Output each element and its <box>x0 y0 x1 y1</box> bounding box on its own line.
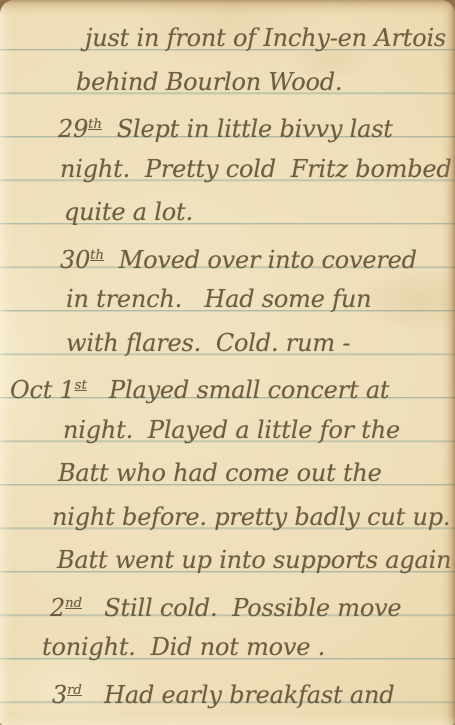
handwriting-text: Moved over into covered <box>104 246 417 274</box>
handwriting-text: just in front of Inchy-en Artois <box>85 24 446 52</box>
page-edge-top <box>0 0 455 16</box>
handwriting-text: night. Pretty cold Fritz bombed <box>60 155 452 183</box>
handwriting-line: tonight. Did not move . <box>42 630 325 664</box>
handwriting-text: Batt went up into supports again <box>57 546 451 574</box>
page-edge-bottom <box>0 715 455 725</box>
page-edge-right <box>441 0 455 725</box>
handwriting-text: 29 <box>58 115 88 143</box>
handwriting-line: 3rd Had early breakfast and <box>52 674 394 712</box>
handwriting-text: in trench. Had some fun <box>66 285 371 313</box>
ordinal-superscript: th <box>90 248 104 263</box>
diary-page: just in front of Inchy-en Artoisbehind B… <box>0 0 455 725</box>
handwriting-text: behind Bourlon Wood. <box>76 68 342 96</box>
handwriting-line: 30th Moved over into covered <box>60 239 417 277</box>
handwriting-text: Batt who had come out the <box>58 459 382 487</box>
handwriting-text: tonight. Did not move . <box>42 633 325 661</box>
handwriting-text: night before. pretty badly cut up. <box>52 503 450 531</box>
handwriting-line: Batt went up into supports again <box>57 543 451 577</box>
handwriting-text: Had early breakfast and <box>82 681 395 709</box>
handwriting-line: in trench. Had some fun <box>66 282 371 316</box>
handwriting-line: 2nd Still cold. Possible move <box>50 587 401 625</box>
handwriting-line: night. Pretty cold Fritz bombed <box>60 152 452 186</box>
handwriting-text: Played small concert at <box>87 376 390 404</box>
handwriting-text: Still cold. Possible move <box>82 594 401 622</box>
handwriting-text: 30 <box>60 246 90 274</box>
page-edge-left <box>0 0 12 725</box>
handwriting-text: quite a lot. <box>64 198 193 226</box>
ordinal-superscript: st <box>75 378 87 393</box>
handwriting-line: just in front of Inchy-en Artois <box>85 21 446 55</box>
handwriting-text: Oct 1 <box>10 376 75 404</box>
handwriting-line: behind Bourlon Wood. <box>76 65 342 99</box>
handwriting-line: with flares. Cold. rum - <box>66 326 350 360</box>
handwriting-text: night. Played a little for the <box>63 416 400 444</box>
handwriting-text: with flares. Cold. rum - <box>66 329 350 357</box>
handwriting-line: night. Played a little for the <box>63 413 400 447</box>
ordinal-superscript: th <box>88 117 102 132</box>
handwriting-line: night before. pretty badly cut up. <box>52 500 450 534</box>
handwriting-text: Slept in little bivvy last <box>102 115 393 143</box>
handwriting-line: Batt who had come out the <box>58 456 382 490</box>
handwriting-text: 3 <box>52 681 67 709</box>
ordinal-superscript: nd <box>65 596 82 611</box>
handwriting-line: 29th Slept in little bivvy last <box>58 108 393 146</box>
handwriting-line: quite a lot. <box>64 195 193 229</box>
handwriting-text: 2 <box>50 594 65 622</box>
ordinal-superscript: rd <box>67 683 82 698</box>
handwriting-line: Oct 1st Played small concert at <box>10 369 389 407</box>
